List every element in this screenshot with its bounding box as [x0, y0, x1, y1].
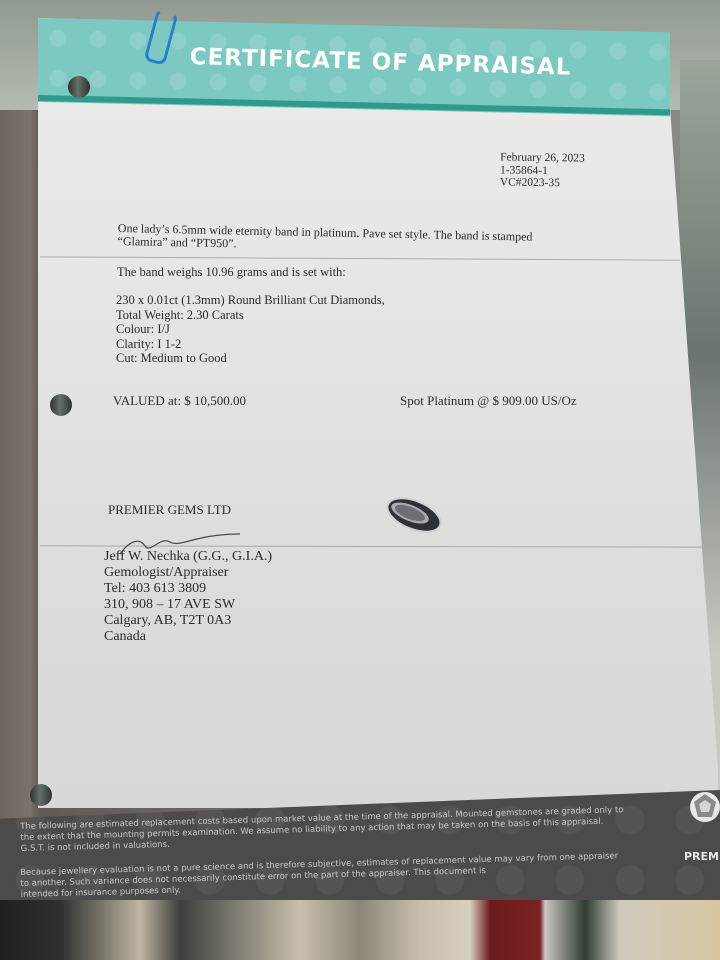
address-line2: Calgary, AB, T2T 0A3: [104, 613, 272, 629]
cut-grade: Cut: Medium to Good: [116, 351, 385, 366]
reference-block: February 26, 2023 1-35864-1 VC#2023-35: [500, 151, 585, 190]
vc-number: VC#2023-35: [500, 176, 585, 190]
appraiser-name: Jeff W. Nechka (G.G., G.I.A.): [104, 549, 272, 565]
background-watch-display: [0, 900, 720, 960]
total-weight: Total Weight: 2.30 Carats: [116, 308, 385, 323]
country: Canada: [104, 629, 272, 645]
valued-at: VALUED at: $ 10,500.00: [113, 394, 246, 409]
punch-hole-icon: [50, 394, 72, 416]
logo-text: PREMI: [684, 850, 720, 863]
punch-hole-icon: [30, 784, 52, 806]
company-name: PREMIER GEMS LTD: [108, 503, 231, 518]
appraisal-date: February 26, 2023: [500, 151, 585, 165]
phone: Tel: 403 613 3809: [104, 581, 272, 597]
weight-line: The band weighs 10.96 grams and is set w…: [117, 265, 346, 280]
clarity-grade: Clarity: I 1-2: [116, 337, 385, 352]
appraiser-contact: Jeff W. Nechka (G.G., G.I.A.) Gemologist…: [104, 549, 272, 645]
stone-details: 230 x 0.01ct (1.3mm) Round Brilliant Cut…: [116, 293, 385, 366]
certificate-paper: [38, 18, 718, 808]
reference-number: 1-35864-1: [500, 164, 585, 178]
stone-count: 230 x 0.01ct (1.3mm) Round Brilliant Cut…: [116, 293, 385, 308]
diamond-logo-icon: [688, 790, 720, 824]
punch-hole-icon: [68, 76, 90, 98]
colour-grade: Colour: I/J: [116, 322, 385, 337]
spot-platinum: Spot Platinum @ $ 909.00 US/Oz: [400, 394, 577, 409]
ring-photo-icon: [383, 495, 445, 535]
appraiser-title: Gemologist/Appraiser: [104, 565, 272, 581]
address-line1: 310, 908 – 17 AVE SW: [104, 597, 272, 613]
